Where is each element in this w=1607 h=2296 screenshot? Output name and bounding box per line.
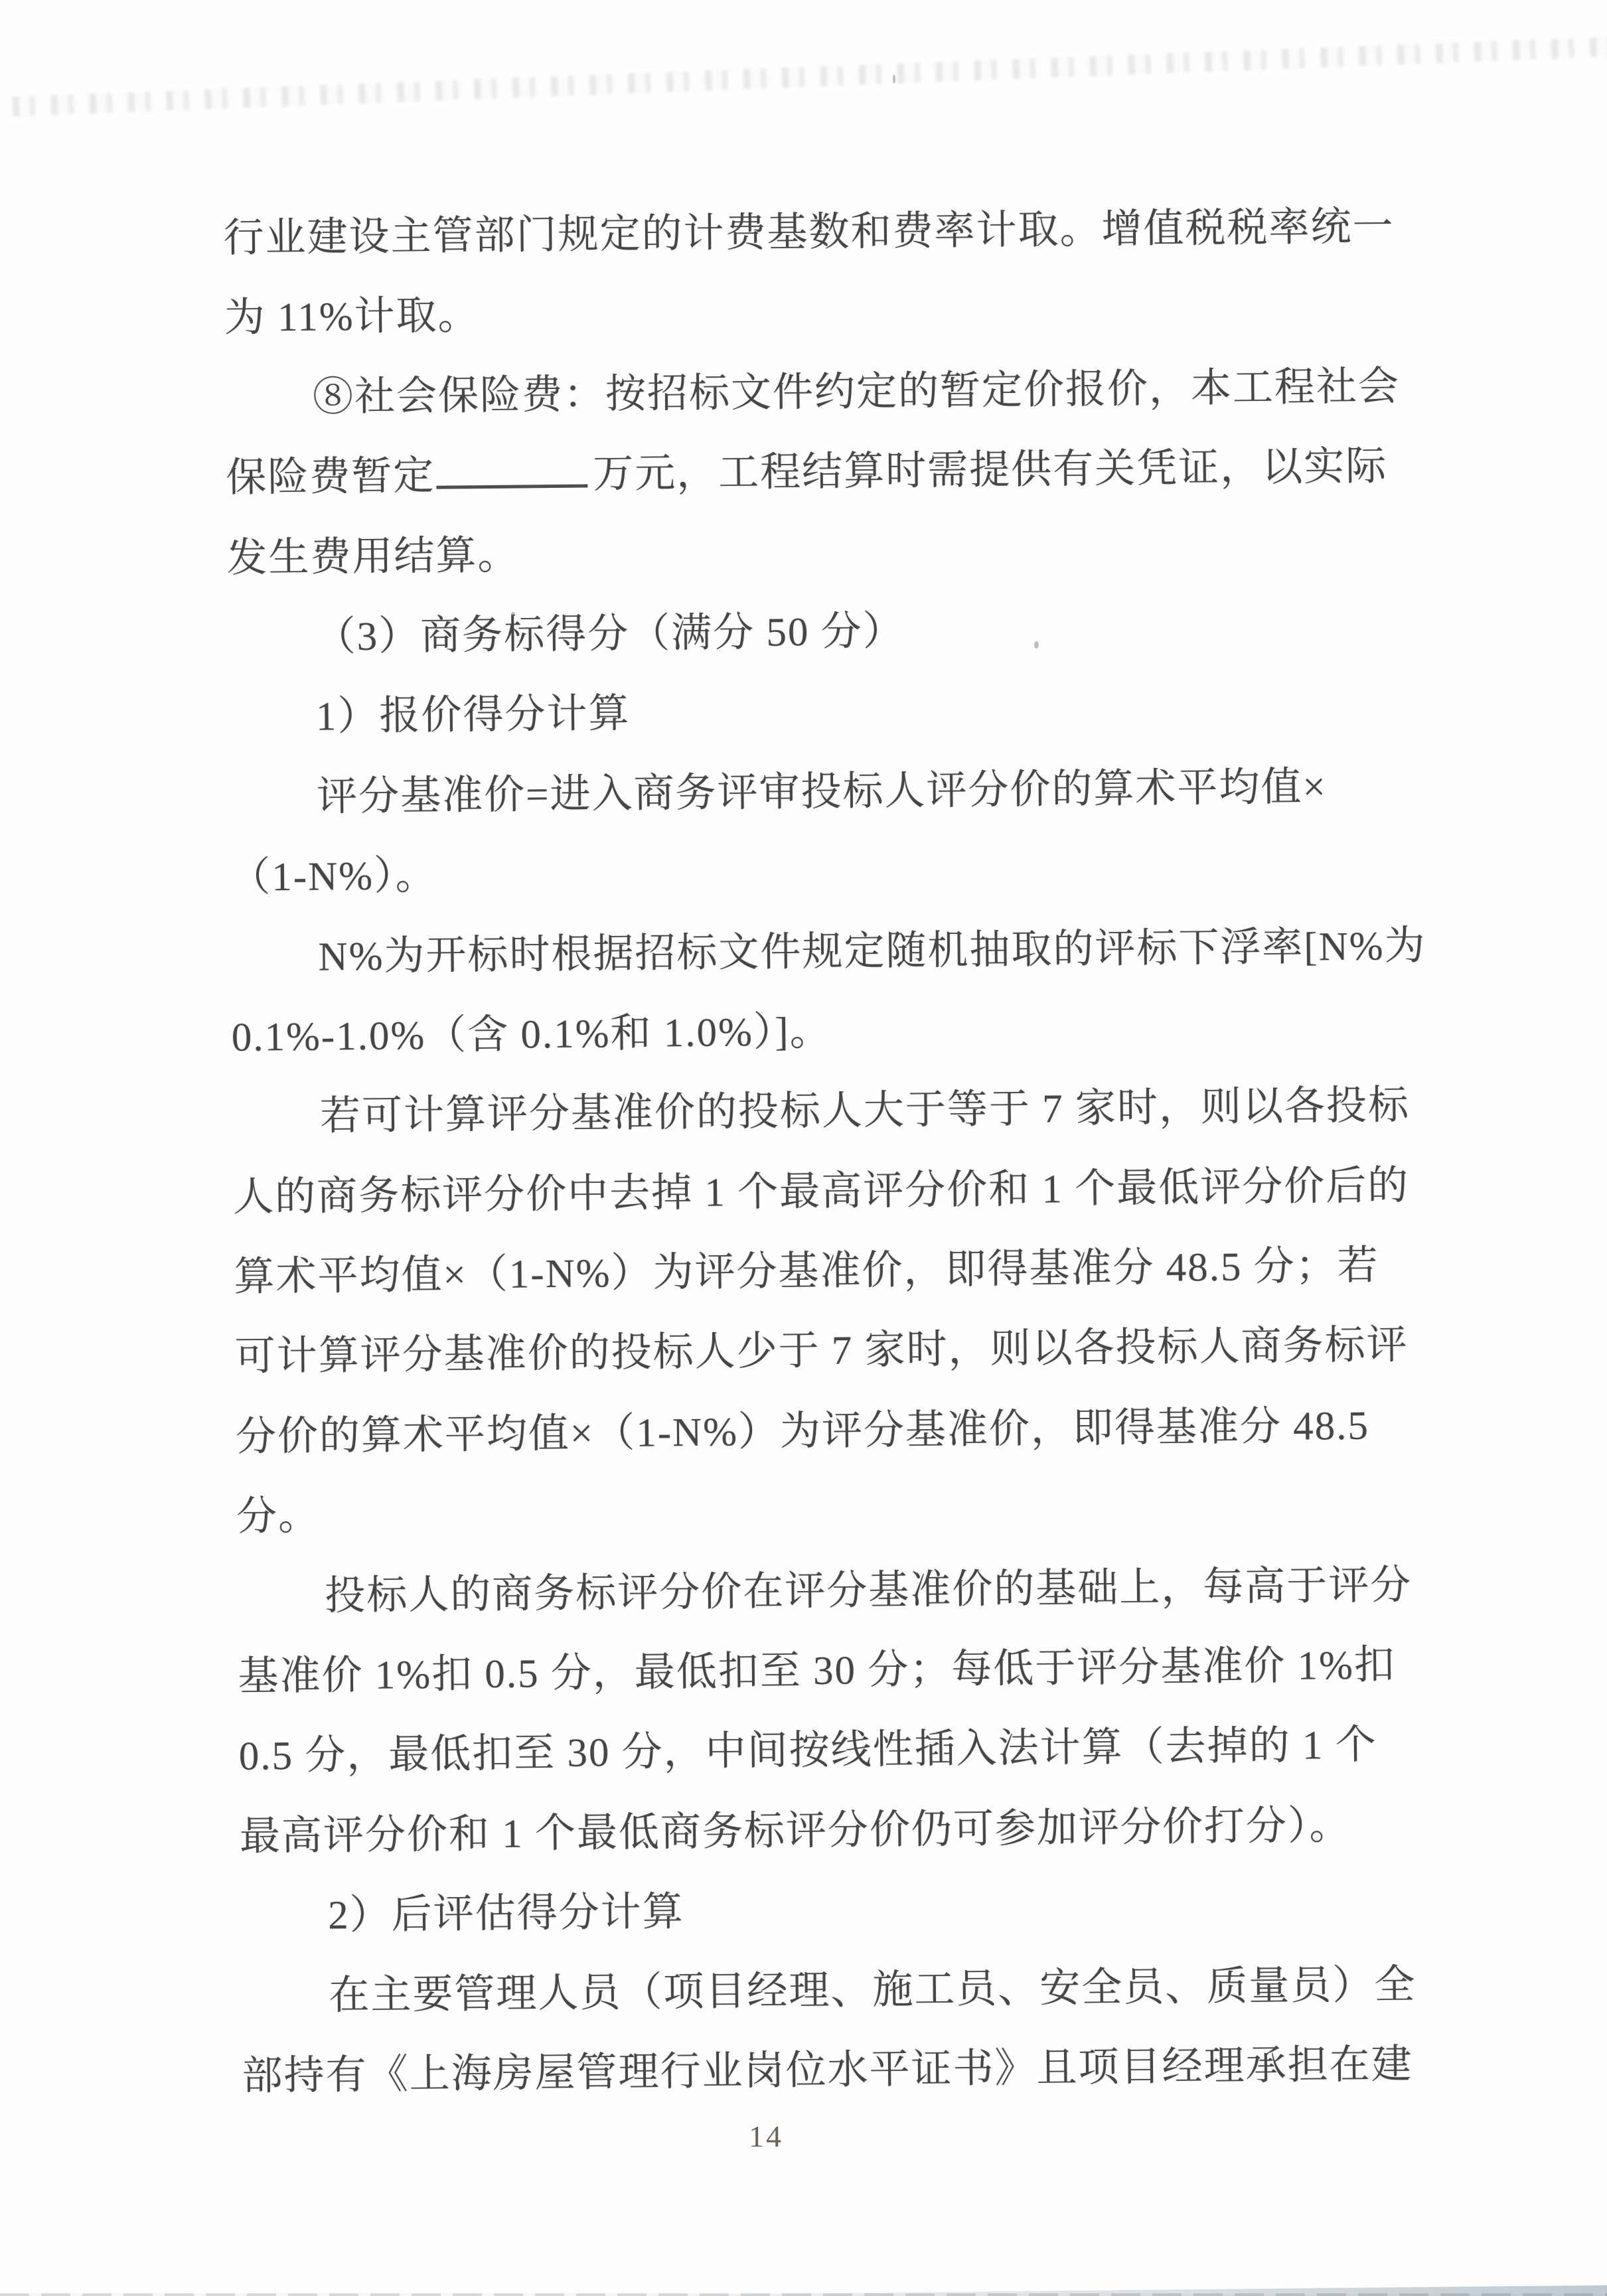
text-line: 基准价 1%扣 0.5 分，最低扣至 30 分；每低于评分基准价 1%扣 [238,1626,1420,1717]
text-line: 发生费用结算。 [226,507,1409,599]
text-line: 1）报价得分计算 [228,666,1410,758]
text-line: 分。 [236,1466,1418,1557]
text-line: 2）后评估得分计算 [240,1865,1422,1957]
text-line: 行业建设主管部门规定的计费基数和费率计取。增值税税率统一 [223,187,1405,279]
text-line: （3）商务标得分（满分 50 分） [227,587,1409,678]
text-line: 0.1%-1.0%（含 0.1%和 1.0%）]。 [231,986,1413,1078]
text-line: 投标人的商务标评分价在评分基准价的基础上，每高于评分 [237,1546,1419,1638]
text-line: 保险费暂定万元，工程结算时需提供有关凭证，以实际 [226,427,1408,518]
scan-edge-bottom [0,2293,1607,2296]
blank-line-suffix: 万元，工程结算时需提供有关凭证，以实际 [593,444,1388,497]
text-line: （1-N%）。 [230,826,1412,918]
text-line: 可计算评分基准价的投标人少于 7 家时，则以各投标人商务标评 [234,1306,1416,1397]
scan-speck [511,612,515,616]
scan-speck [1034,641,1039,649]
text-line: 最高评分价和 1 个最低商务标评分价仍可参加评分价打分）。 [239,1786,1421,1877]
scan-noise-streak [0,35,1607,118]
scan-speck [893,74,895,84]
text-line: ⑧社会保险费：按招标文件约定的暂定价报价，本工程社会 [224,347,1407,439]
scanned-page: 行业建设主管部门规定的计费基数和费率计取。增值税税率统一为 11%计取。⑧社会保… [0,0,1607,2296]
document-text: 行业建设主管部门规定的计费基数和费率计取。增值税税率统一为 11%计取。⑧社会保… [223,187,1424,2117]
blank-line-prefix: 保险费暂定 [226,454,435,500]
fill-in-blank [436,477,587,489]
text-line: N%为开标时根据招标文件规定随机抽取的评标下浮率[N%为 [230,906,1413,998]
text-line: 部持有《上海房屋管理行业岗位水平证书》且项目经理承担在建 [242,2025,1424,2117]
page-number: 14 [749,2119,783,2154]
text-line: 人的商务标评分价中去掉 1 个最高评分价和 1 个最低评分价后的 [233,1146,1415,1238]
text-line: 在主要管理人员（项目经理、施工员、安全员、质量员）全 [241,1945,1423,2036]
text-line: 0.5 分，最低扣至 30 分，中间按线性插入法计算（去掉的 1 个 [238,1705,1420,1797]
text-line: 分价的算术平均值×（1-N%）为评分基准价，即得基准分 48.5 [235,1386,1417,1478]
text-line: 若可计算评分基准价的投标人大于等于 7 家时，则以各投标 [232,1066,1414,1158]
text-line: 算术平均值×（1-N%）为评分基准价，即得基准分 48.5 分；若 [234,1226,1416,1318]
text-line: 评分基准价=进入商务评审投标人评分价的算术平均值× [229,747,1411,838]
text-line: 为 11%计取。 [224,267,1406,358]
